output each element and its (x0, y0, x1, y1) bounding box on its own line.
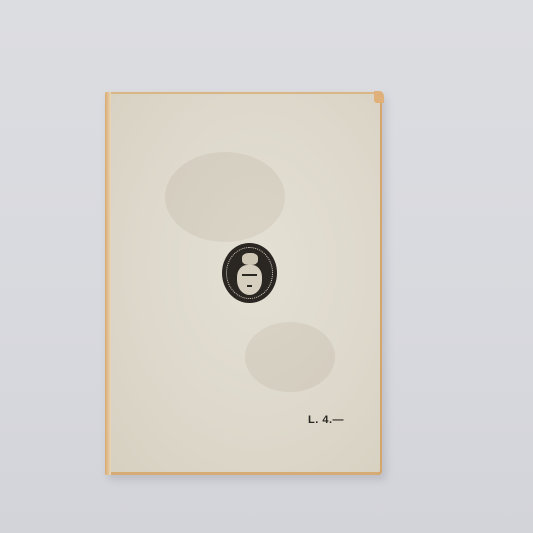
stain (165, 152, 285, 242)
worn-corner (374, 91, 384, 103)
spine-edge (105, 92, 111, 475)
medusa-emblem-icon (222, 243, 277, 303)
stain (245, 322, 335, 392)
emblem-face (237, 265, 262, 295)
emblem-hand (242, 253, 258, 265)
price-label: L. 4.— (308, 414, 344, 426)
